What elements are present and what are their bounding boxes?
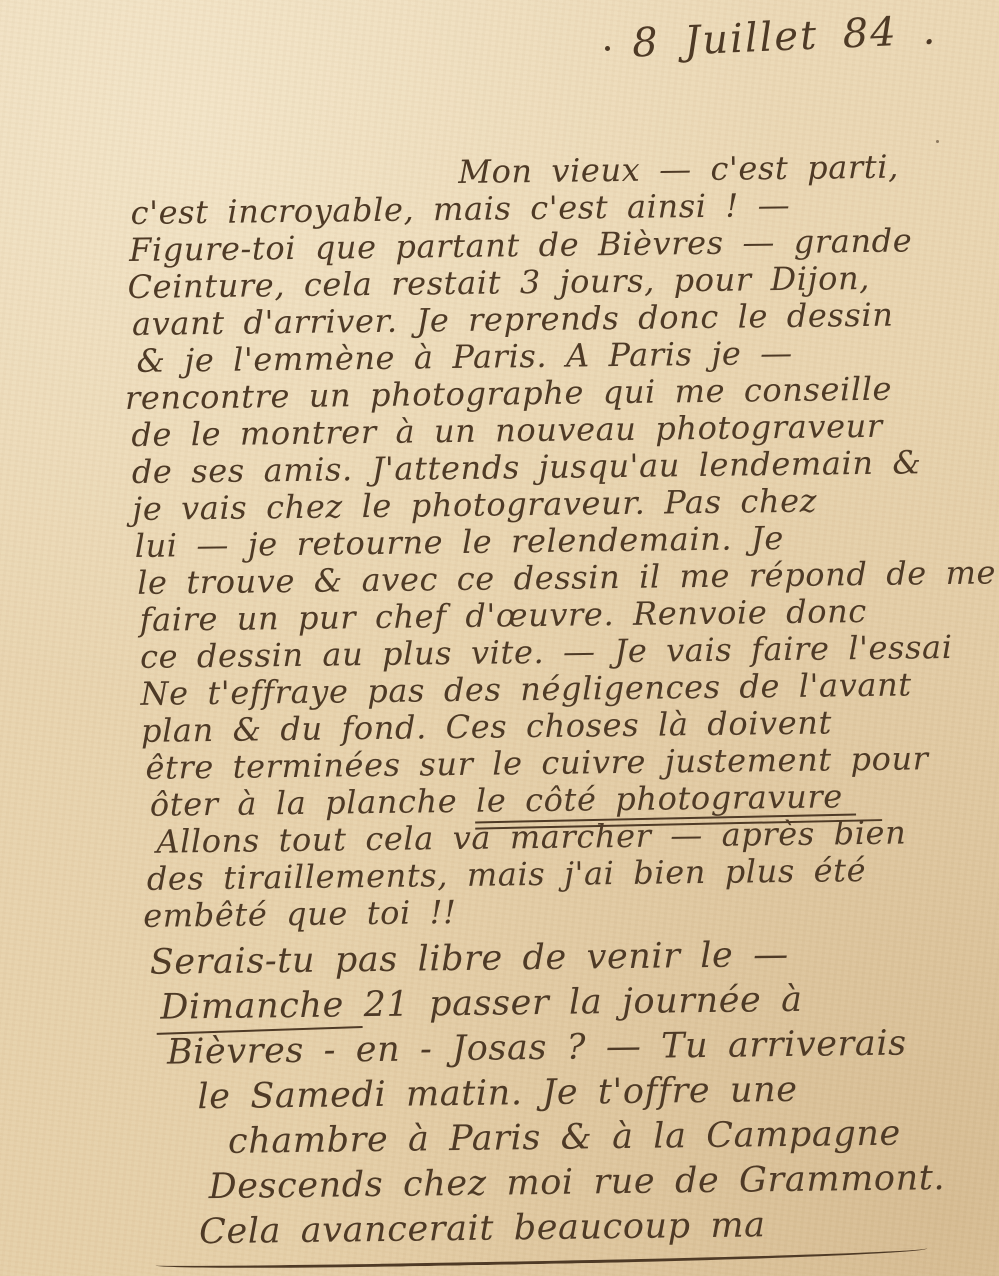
line-text: Mon vieux — c'est parti, — [458, 148, 899, 191]
line-text: embêté que toi !! — [143, 893, 457, 935]
date-line: 8 Juillet 84 . — [631, 7, 938, 66]
handwriting-line: Descends chez moi rue de Grammont. — [208, 1155, 999, 1210]
handwriting-line: Cela avancerait beaucoup ma — [199, 1200, 999, 1255]
line-text: Cela avancerait beaucoup ma — [199, 1205, 766, 1252]
line-text: Bièvres - en - Josas ? — Tu arriverais — [167, 1024, 907, 1073]
line-text: Serais-tu pas libre de venir le — — [150, 935, 789, 983]
line-text: Descends chez moi rue de Grammont. — [208, 1158, 945, 1207]
ink-speck — [936, 140, 939, 143]
letter-page: 8 Juillet 84 . Mon vieux — c'est parti, … — [0, 0, 999, 1276]
handwriting-line: embêté que toi !! — [143, 887, 999, 934]
line-text: le Samedi matin. Je t'offre une — [197, 1070, 798, 1117]
line-text: 21 passer la journée à — [344, 980, 803, 1026]
letter-body: Mon vieux — c'est parti, c'est incroyabl… — [128, 147, 999, 1268]
underlined-word-dimanche: Dimanche — [160, 985, 344, 1027]
line-text: chambre à Paris & à la Campagne — [228, 1114, 901, 1162]
ink-speck — [605, 46, 610, 51]
underlined-word-photogravure: photogravure — [615, 777, 843, 818]
